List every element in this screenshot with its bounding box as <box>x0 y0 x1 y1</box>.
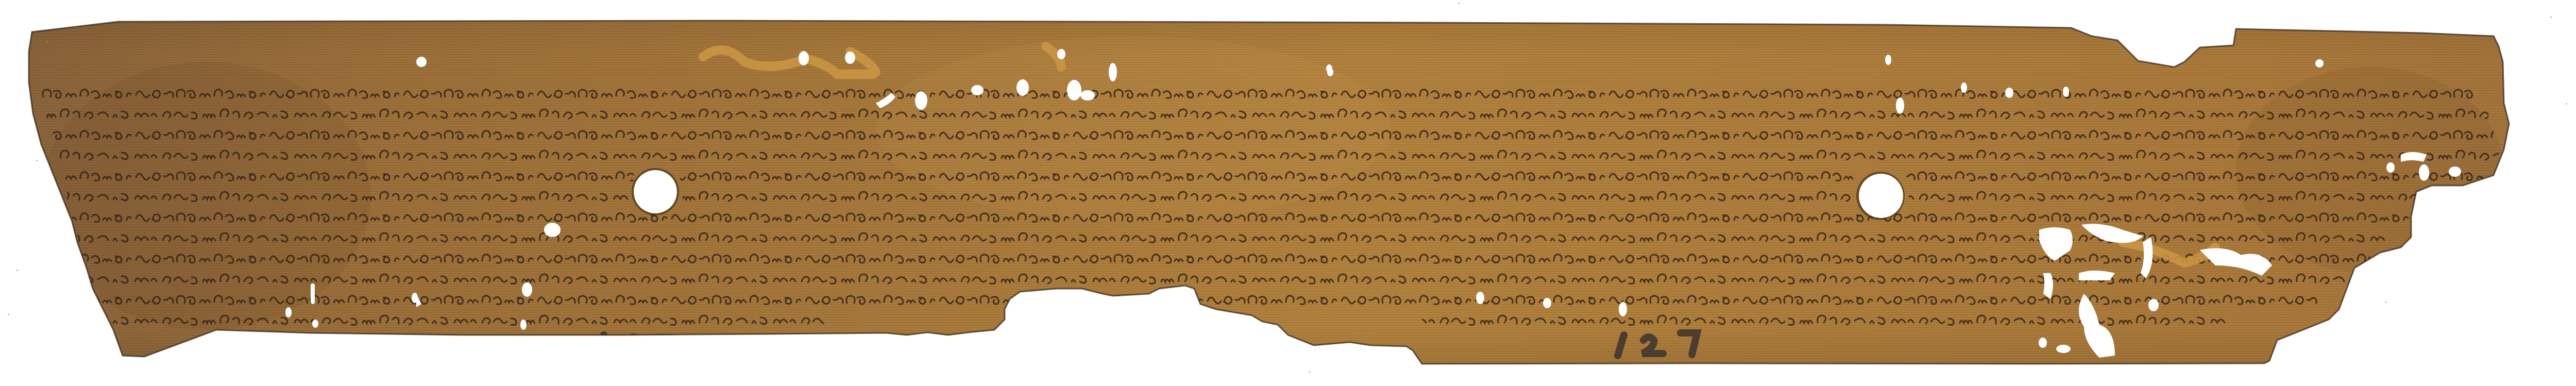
manuscript-scan: 127 <box>0 0 2576 386</box>
palm-leaf <box>0 0 2576 386</box>
pencil-folio-number-1 <box>603 335 671 358</box>
script-lines <box>41 82 2499 330</box>
